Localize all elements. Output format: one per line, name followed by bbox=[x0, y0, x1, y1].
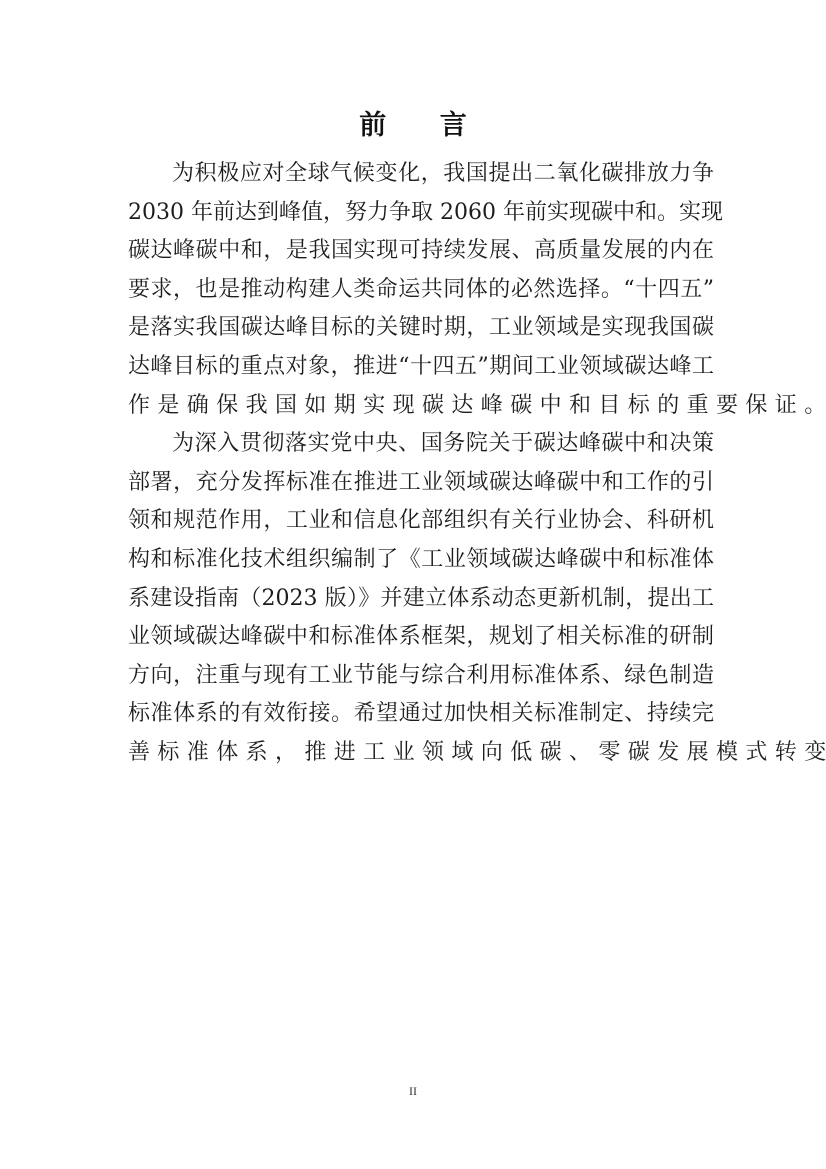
text-line: 要求，也是推动构建人类命运共同体的必然选择。“十四五” bbox=[128, 271, 714, 310]
paragraph-1: 为积极应对全球气候变化，我国提出二氧化碳排放力争 2030 年前达到峰值，努力争… bbox=[128, 155, 714, 425]
text-line: 作是确保我国如期实现碳达峰碳中和目标的重要保证。 bbox=[128, 387, 714, 426]
paragraph-2: 为深入贯彻落实党中央、国务院关于碳达峰碳中和决策 部署，充分发挥标准在推进工业领… bbox=[128, 425, 714, 772]
text-line: 构和标准化技术组织编制了《工业领域碳达峰碳中和标准体 bbox=[128, 541, 714, 580]
text-line: 是落实我国碳达峰目标的关键时期，工业领域是实现我国碳 bbox=[128, 309, 714, 348]
text-line: 业领域碳达峰碳中和标准体系框架，规划了相关标准的研制 bbox=[128, 618, 714, 657]
text-line: 2030 年前达到峰值，努力争取 2060 年前实现碳中和。实现 bbox=[128, 194, 714, 233]
text-line: 领和规范作用，工业和信息化部组织有关行业协会、科研机 bbox=[128, 502, 714, 541]
page-number: II bbox=[0, 1084, 826, 1099]
text-line: 善标准体系，推进工业领域向低碳、零碳发展模式转变。 bbox=[128, 734, 714, 773]
preface-body: 为积极应对全球气候变化，我国提出二氧化碳排放力争 2030 年前达到峰值，努力争… bbox=[128, 155, 714, 773]
document-page: 前 言 为积极应对全球气候变化，我国提出二氧化碳排放力争 2030 年前达到峰值… bbox=[0, 0, 826, 1169]
text-line: 为积极应对全球气候变化，我国提出二氧化碳排放力争 bbox=[128, 155, 714, 194]
text-line: 标准体系的有效衔接。希望通过加快相关标准制定、持续完 bbox=[128, 695, 714, 734]
text-line: 系建设指南（2023 版）》并建立体系动态更新机制，提出工 bbox=[128, 580, 714, 619]
text-line: 碳达峰碳中和，是我国实现可持续发展、高质量发展的内在 bbox=[128, 232, 714, 271]
text-line: 为深入贯彻落实党中央、国务院关于碳达峰碳中和决策 bbox=[128, 425, 714, 464]
text-line: 达峰目标的重点对象，推进“十四五”期间工业领域碳达峰工 bbox=[128, 348, 714, 387]
text-line: 方向，注重与现有工业节能与综合利用标准体系、绿色制造 bbox=[128, 657, 714, 696]
text-line: 部署，充分发挥标准在推进工业领域碳达峰碳中和工作的引 bbox=[128, 464, 714, 503]
page-title: 前 言 bbox=[0, 106, 826, 146]
